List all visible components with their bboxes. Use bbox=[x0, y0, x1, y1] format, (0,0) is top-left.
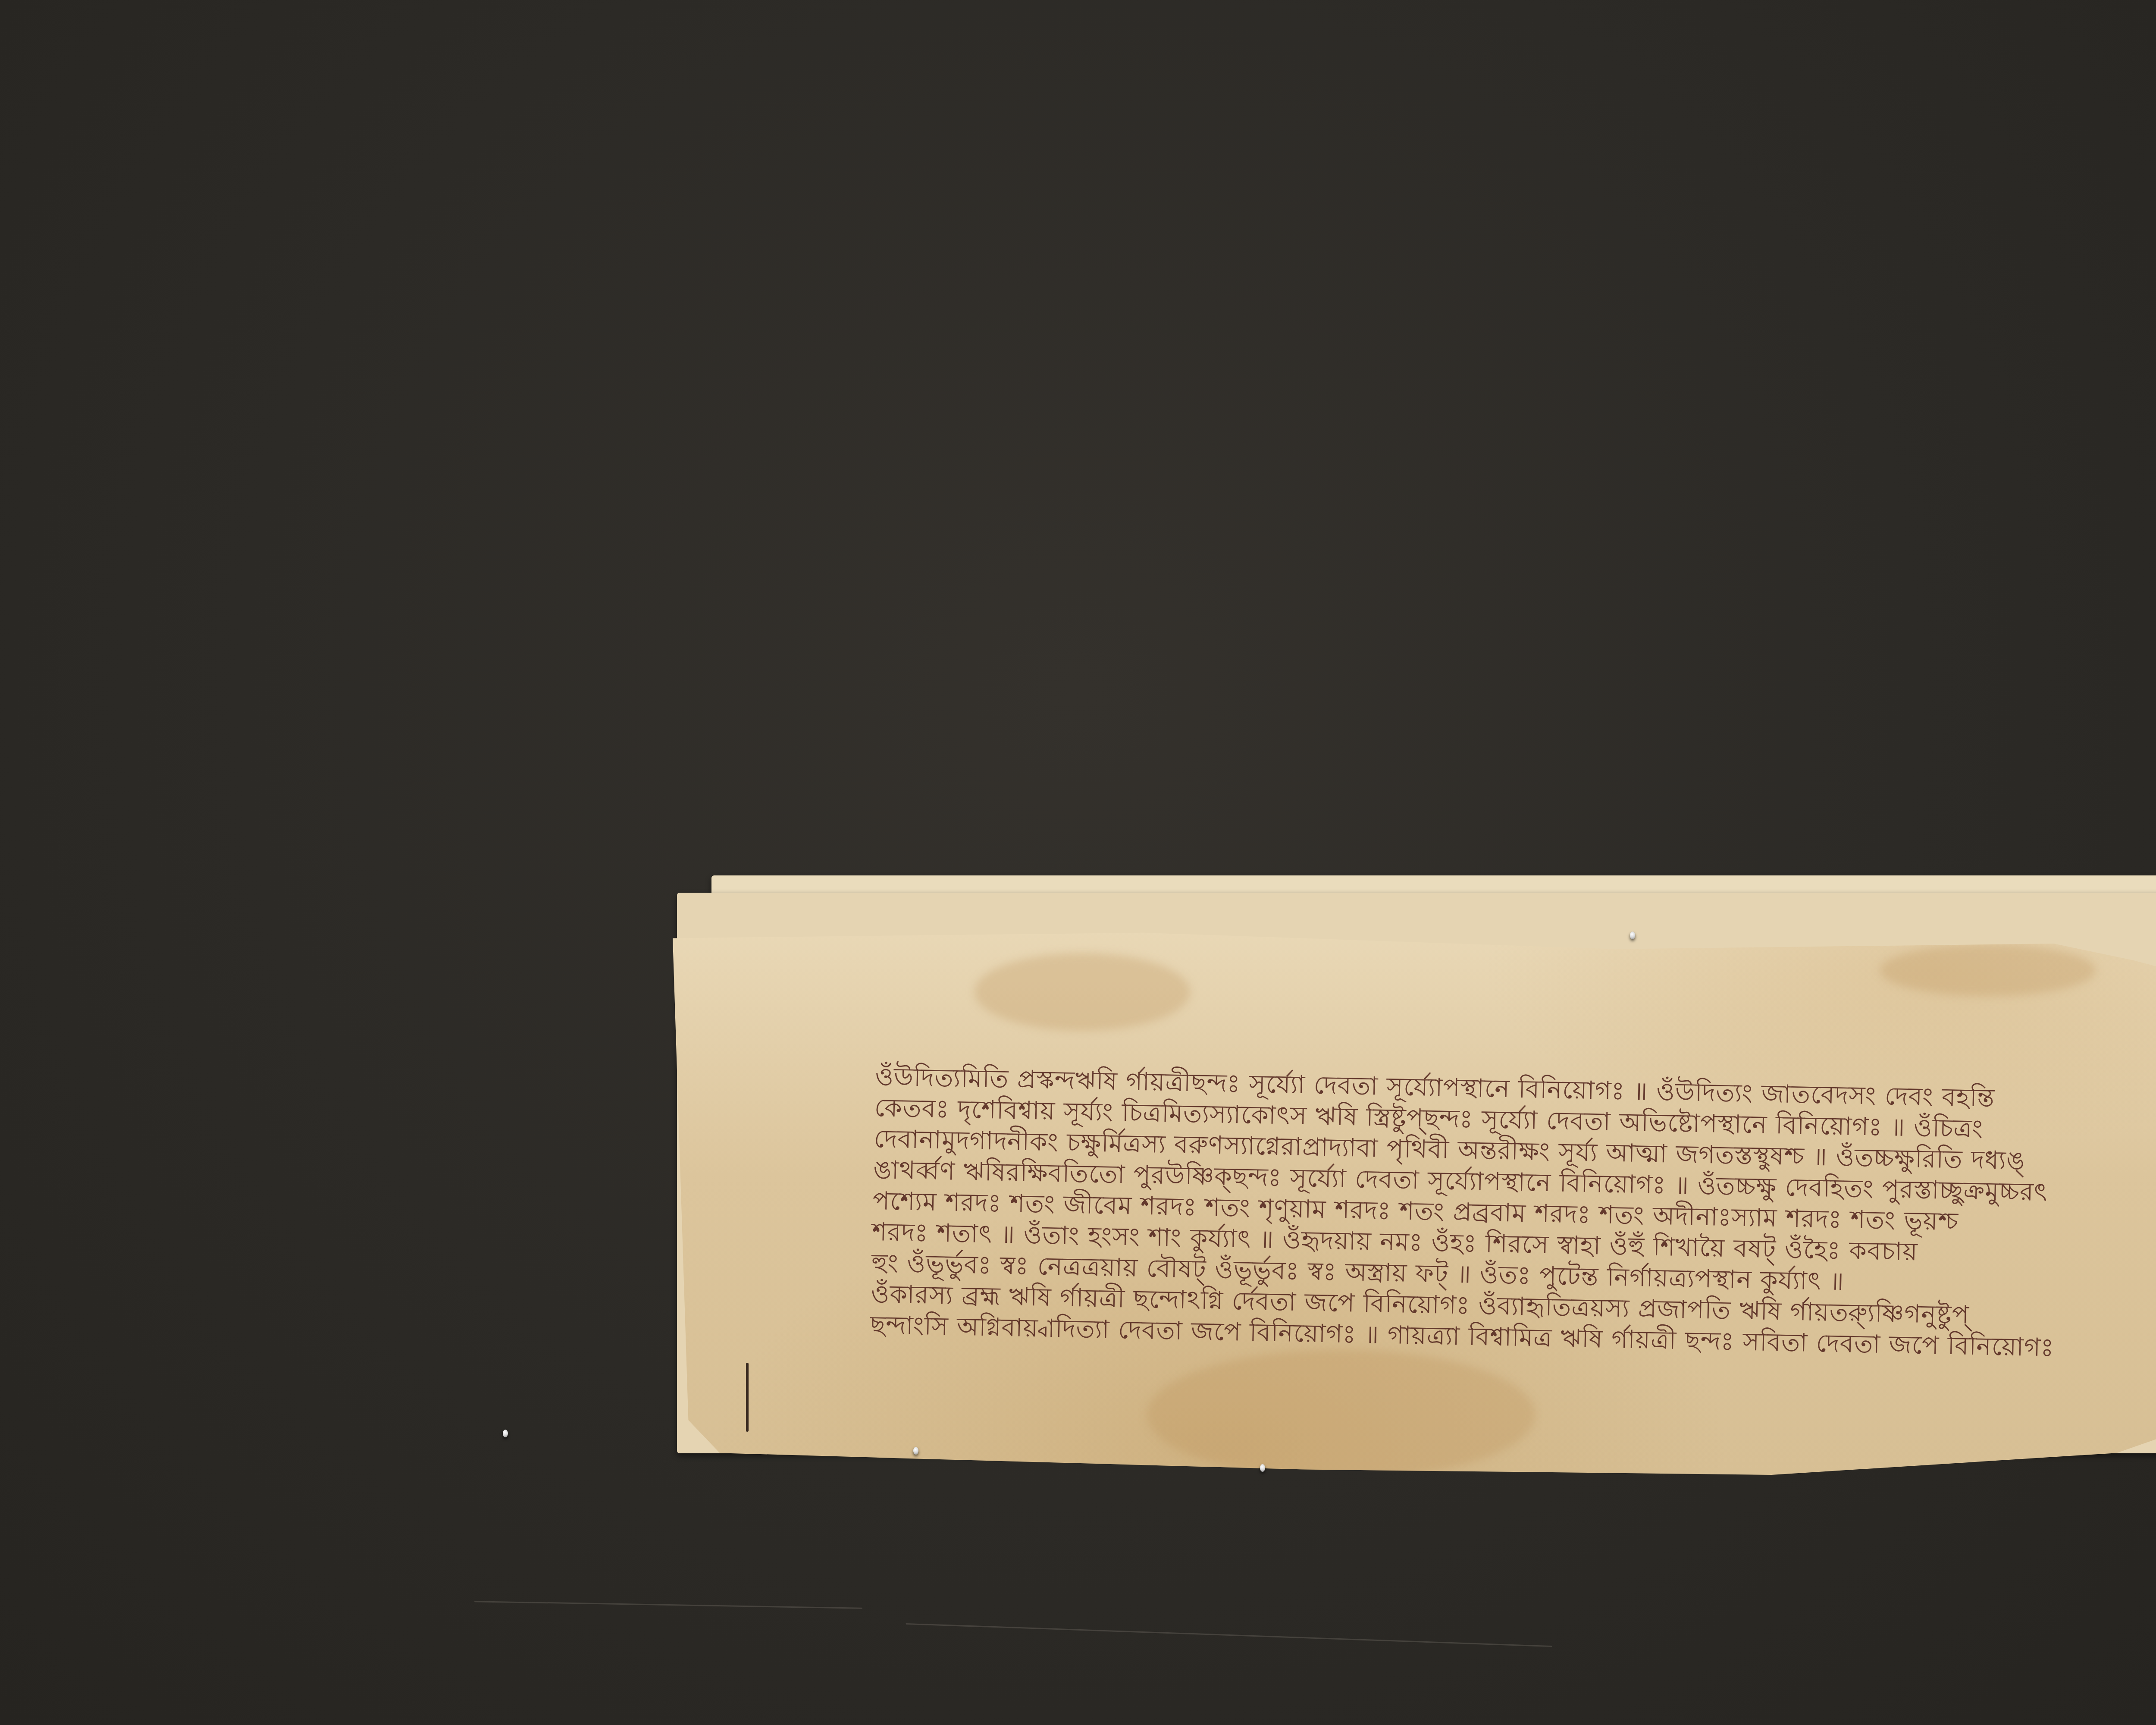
water-stain bbox=[1147, 1350, 1535, 1479]
mounting-pin bbox=[913, 1447, 918, 1455]
board-scratch bbox=[906, 1623, 1552, 1647]
manuscript-text: ওঁউদিত্যমিতি প্রস্কন্দঋষি র্গায়ত্রীছন্দ… bbox=[870, 1061, 2156, 1366]
board-scratch bbox=[474, 1601, 862, 1609]
manuscript-leaf: ওঁউদিত্যমিতি প্রস্কন্দঋষি র্গায়ত্রীছন্দ… bbox=[673, 927, 2156, 1475]
mounting-pin bbox=[503, 1430, 508, 1437]
mounting-pin bbox=[1630, 931, 1635, 939]
manuscript-leaf-stack: ওঁউদিত্যমিতি প্রস্কন্দঋষি র্গায়ত্রীছন্দ… bbox=[668, 875, 2156, 1492]
mounting-pin bbox=[1260, 1464, 1265, 1472]
water-stain bbox=[975, 953, 1190, 1031]
water-stain bbox=[1880, 944, 2096, 996]
tear-mark bbox=[746, 1363, 749, 1432]
